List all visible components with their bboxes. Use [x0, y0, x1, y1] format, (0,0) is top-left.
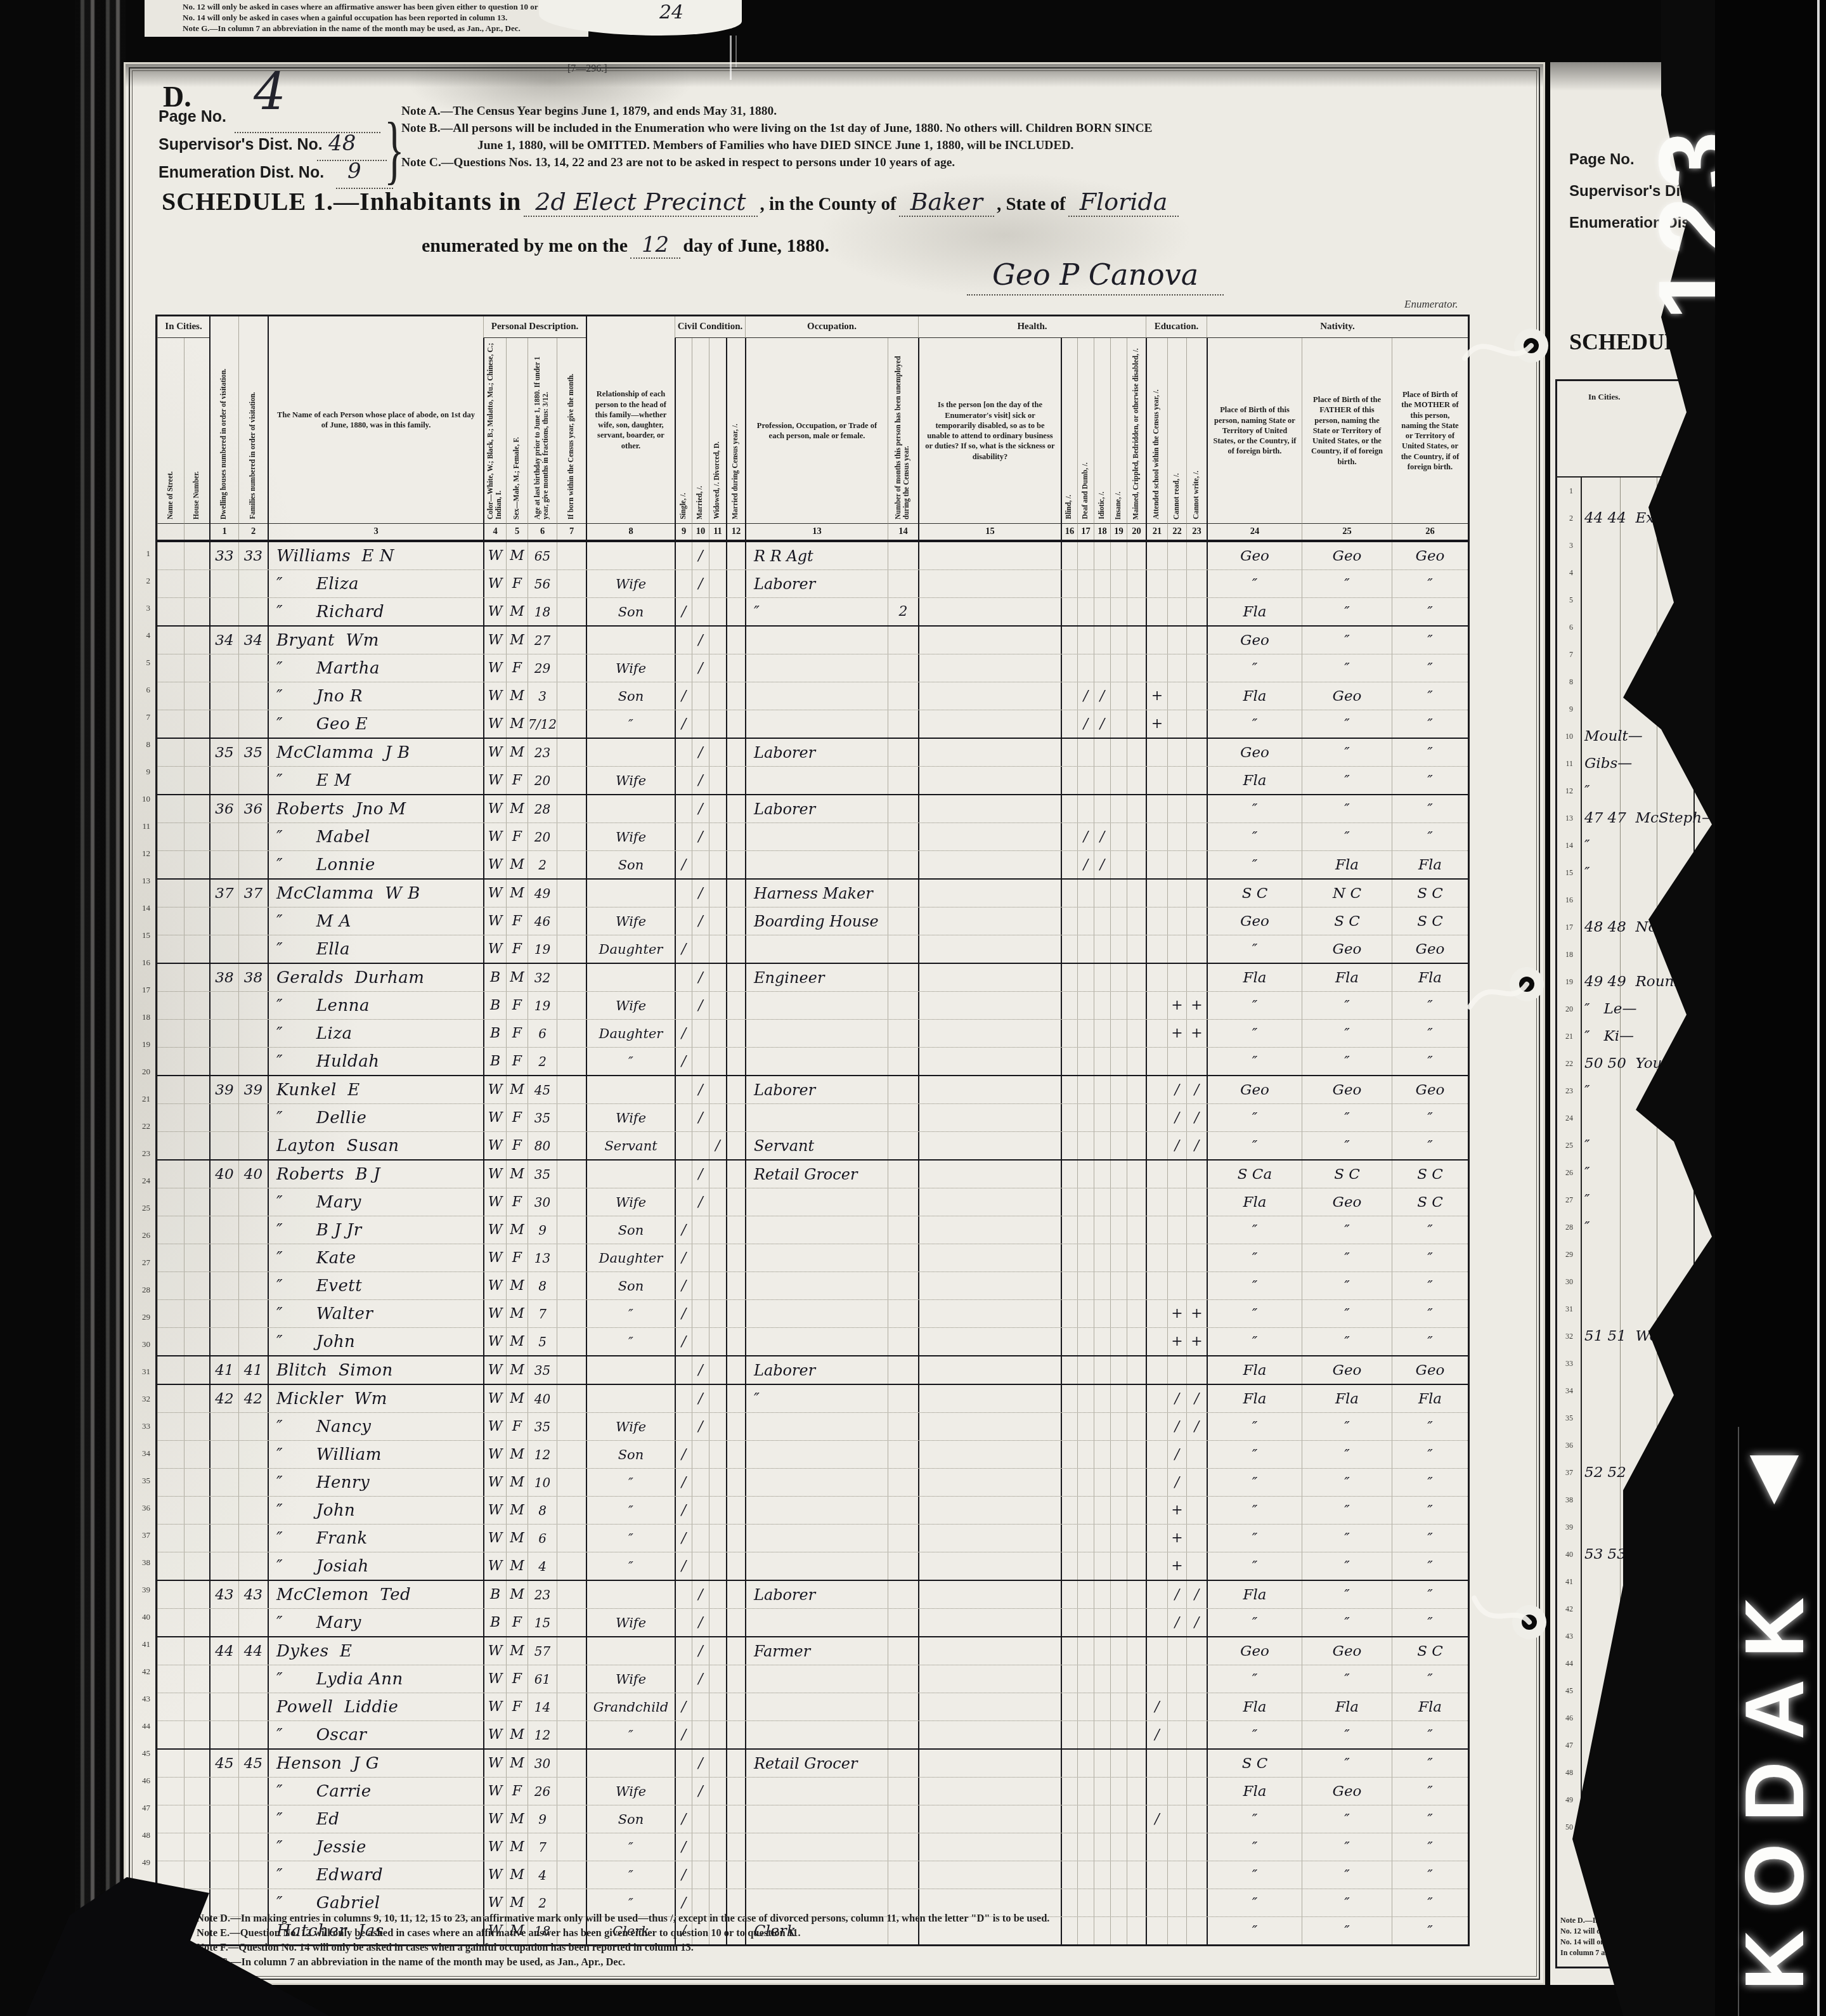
cell-e21: [1146, 654, 1167, 682]
cell-e22: [1167, 851, 1186, 878]
cell-street: [157, 1778, 184, 1805]
cell-h18: [1094, 795, 1110, 823]
cell-occ: R R Agt: [745, 542, 888, 569]
cell-fam: [238, 1665, 268, 1693]
cell-born: [557, 1693, 586, 1720]
cell-natm: ″: [1392, 992, 1468, 1019]
cell-h16: [1061, 1272, 1077, 1299]
cell-mcy: [726, 598, 745, 625]
cell-unemp: [888, 1861, 918, 1889]
column-header-age: Age at last birthday prior to June 1, 18…: [528, 338, 557, 523]
cell-e22: +: [1167, 1020, 1186, 1047]
right-page-entry: ″: [1584, 1187, 1590, 1214]
cell-w: [709, 1525, 726, 1552]
table-row: ″ JohnWM8″/+″″″: [157, 1496, 1468, 1524]
cell-fam: [238, 1272, 268, 1299]
microfilm-scan: No. 12 will only be asked in cases where…: [0, 0, 1826, 2016]
cell-mcy: [726, 1272, 745, 1299]
cell-h20: [1127, 1104, 1146, 1131]
cell-age: 80: [528, 1132, 557, 1159]
cell-h19: [1110, 1356, 1127, 1384]
cell-mcy: [726, 1861, 745, 1889]
cell-h16: [1061, 1861, 1077, 1889]
cell-rel: ″: [586, 1721, 675, 1748]
right-page-entry: Moult—: [1584, 723, 1643, 750]
cell-h18: /: [1094, 710, 1110, 738]
cell-h16: [1061, 1637, 1077, 1665]
column-label: Attended school within the Census year, …: [1152, 386, 1162, 523]
cell-h16: [1061, 964, 1077, 991]
cell-name: ″ John: [268, 1497, 483, 1524]
cell-natf: Geo: [1302, 1778, 1392, 1805]
table-row: ″ EllaWF19Daughter/″GeoGeo: [157, 935, 1468, 963]
cell-sick: [918, 1750, 1061, 1777]
cell-e21: [1146, 598, 1167, 625]
cell-dw: [209, 654, 238, 682]
cell-occ: [745, 1272, 888, 1299]
cell-color: W: [483, 682, 506, 710]
cell-street: [157, 1385, 184, 1412]
cell-fam: 33: [238, 542, 268, 569]
cell-mcy: [726, 1328, 745, 1355]
table-row: ″ JessieWM7″/″″″: [157, 1833, 1468, 1861]
cell-house: [184, 1020, 209, 1047]
cell-nat: ″: [1207, 1272, 1302, 1299]
cell-sick: [918, 1188, 1061, 1216]
cell-e23: [1186, 1216, 1207, 1244]
cell-unemp: [888, 851, 918, 878]
cell-street: [157, 1244, 184, 1271]
cell-w: [709, 1469, 726, 1496]
cell-s: /: [675, 1244, 692, 1271]
cell-h17: [1077, 1385, 1094, 1412]
cell-h19: [1110, 1497, 1127, 1524]
cell-e22: [1167, 1721, 1186, 1748]
cell-house: [184, 992, 209, 1019]
cell-unemp: [888, 907, 918, 935]
cell-sick: [918, 1861, 1061, 1889]
cell-name: ″ Mary: [268, 1188, 483, 1216]
cell-e22: [1167, 598, 1186, 625]
cell-e21: [1146, 964, 1167, 991]
right-footnote: No. 14 will only be asked in case—: [1560, 1937, 1738, 1948]
cell-e22: /: [1167, 1104, 1186, 1131]
cell-dw: [209, 570, 238, 597]
table-row: ″ B J JrWM9Son/″″″: [157, 1216, 1468, 1244]
cell-nat: ″: [1207, 1216, 1302, 1244]
cell-street: [157, 542, 184, 569]
column-number-15: 15: [918, 523, 1061, 540]
cell-sex: F: [506, 1778, 528, 1805]
cell-s: [675, 964, 692, 991]
cell-natm: ″: [1392, 1581, 1468, 1608]
cell-s: [675, 992, 692, 1019]
cell-e23: +: [1186, 1328, 1207, 1355]
supervisor-value: 48: [328, 131, 356, 156]
cell-e22: /: [1167, 1132, 1186, 1159]
cell-born: [557, 710, 586, 738]
state-label: , State of: [997, 194, 1066, 214]
cell-nat: ″: [1207, 935, 1302, 963]
cell-sick: [918, 1272, 1061, 1299]
cell-s: /: [675, 710, 692, 738]
cell-sick: [918, 1385, 1061, 1412]
line-number: 37: [134, 1521, 150, 1549]
cell-house: [184, 682, 209, 710]
column-header-m: Married, /.: [692, 338, 709, 523]
county-label: , in the County of: [760, 194, 897, 214]
cell-h19: [1110, 1525, 1127, 1552]
line-number: 43: [134, 1685, 150, 1712]
cell-nat: Geo: [1207, 739, 1302, 766]
cell-natm: ″: [1392, 1778, 1468, 1805]
line-number: 39: [134, 1576, 150, 1603]
column-group: Education.: [1146, 316, 1207, 338]
cell-nat: Fla: [1207, 682, 1302, 710]
cell-rel: [586, 542, 675, 569]
cell-born: [557, 1161, 586, 1188]
cell-age: 27: [528, 627, 557, 654]
cell-h17: [1077, 1581, 1094, 1608]
cell-occ: Boarding House: [745, 907, 888, 935]
column-label: Place of Birth of the MOTHER of this per…: [1392, 387, 1468, 474]
cell-dw: [209, 907, 238, 935]
cell-house: [184, 1861, 209, 1889]
column-number-5: 5: [506, 523, 528, 540]
cell-h16: [1061, 823, 1077, 850]
cell-born: [557, 1861, 586, 1889]
cell-e21: /: [1146, 1805, 1167, 1833]
cell-e23: [1186, 739, 1207, 766]
cell-nat: ″: [1207, 1441, 1302, 1468]
cell-street: [157, 739, 184, 766]
cell-natf: ″: [1302, 992, 1392, 1019]
cell-fam: [238, 907, 268, 935]
cell-nat: S Ca: [1207, 1161, 1302, 1188]
cell-sick: [918, 627, 1061, 654]
cell-h18: [1094, 1750, 1110, 1777]
column-group: Civil Condition.: [675, 316, 745, 338]
cell-h18: [1094, 1861, 1110, 1889]
cell-age: 19: [528, 935, 557, 963]
cell-dw: [209, 1300, 238, 1327]
right-page-entry: 51 51 Wold—: [1584, 1323, 1687, 1350]
cell-natf: ″: [1302, 1216, 1392, 1244]
cell-nat: ″: [1207, 1413, 1302, 1440]
cell-rel: ″: [586, 1048, 675, 1075]
cell-natf: ″: [1302, 1413, 1392, 1440]
cell-sex: F: [506, 570, 528, 597]
cell-nat: ″: [1207, 795, 1302, 823]
cell-born: [557, 1328, 586, 1355]
cell-m: [692, 682, 709, 710]
column-label: Profession, Occupation, or Trade of each…: [746, 418, 888, 444]
cell-name: ″ Mary: [268, 1609, 483, 1636]
cell-unemp: [888, 1581, 918, 1608]
column-number-10: 10: [692, 523, 709, 540]
column-number-11: 11: [709, 523, 726, 540]
cell-h19: [1110, 1048, 1127, 1075]
enumerator-role-label: Enumerator.: [1404, 298, 1458, 311]
cell-natm: ″: [1392, 1525, 1468, 1552]
cell-house: [184, 627, 209, 654]
book-gutter-edge: [75, 0, 126, 2016]
table-row: 4141Blitch SimonWM35/LaborerFlaGeoGeo: [157, 1355, 1468, 1384]
column-number-3: 3: [268, 523, 483, 540]
cell-nat: S C: [1207, 1750, 1302, 1777]
cell-h19: [1110, 1750, 1127, 1777]
table-row: ″ CarrieWF26Wife/FlaGeo″: [157, 1777, 1468, 1805]
cell-unemp: [888, 1693, 918, 1720]
cell-h18: [1094, 1693, 1110, 1720]
table-row: ″ MaryBF15Wife///″″″: [157, 1608, 1468, 1636]
cell-occ: [745, 1693, 888, 1720]
cell-rel: Wife: [586, 570, 675, 597]
cell-nat: Fla: [1207, 1693, 1302, 1720]
cell-age: 7/12: [528, 710, 557, 738]
cell-h20: [1127, 1693, 1146, 1720]
cell-s: /: [675, 1469, 692, 1496]
cell-e22: +: [1167, 1300, 1186, 1327]
dotted-rule: [235, 132, 380, 133]
cell-e22: [1167, 1161, 1186, 1188]
cell-dw: [209, 1497, 238, 1524]
cell-e23: [1186, 795, 1207, 823]
footnote-d: Note D.—In making entries in columns 9, …: [197, 1911, 1401, 1925]
cell-age: 6: [528, 1020, 557, 1047]
cell-color: W: [483, 1328, 506, 1355]
cell-dw: [209, 1413, 238, 1440]
cell-born: [557, 1721, 586, 1748]
cell-h20: [1127, 1861, 1146, 1889]
cell-m: [692, 1833, 709, 1861]
cell-sick: [918, 1778, 1061, 1805]
cell-h20: [1127, 1778, 1146, 1805]
cell-h19: [1110, 992, 1127, 1019]
cell-e21: [1146, 1581, 1167, 1608]
column-header-h17: Deaf and Dumb, /.: [1077, 338, 1094, 523]
cell-fam: [238, 1552, 268, 1580]
cell-m: /: [692, 570, 709, 597]
cell-natf: ″: [1302, 1525, 1392, 1552]
cell-occ: [745, 1665, 888, 1693]
cell-e22: [1167, 1188, 1186, 1216]
cell-s: /: [675, 1861, 692, 1889]
table-row: ″ LennaBF19Wife/++″″″: [157, 991, 1468, 1019]
cell-h16: [1061, 1216, 1077, 1244]
cell-color: W: [483, 1132, 506, 1159]
cell-nat: ″: [1207, 1525, 1302, 1552]
cell-s: /: [675, 1805, 692, 1833]
cell-age: 9: [528, 1805, 557, 1833]
cell-natf: ″: [1302, 1497, 1392, 1524]
cell-street: [157, 1861, 184, 1889]
cell-e22: [1167, 795, 1186, 823]
cell-sick: [918, 1637, 1061, 1665]
cell-s: /: [675, 1048, 692, 1075]
table-row: ″ Lydia AnnWF61Wife/″″″: [157, 1665, 1468, 1693]
cell-color: W: [483, 1413, 506, 1440]
cell-fam: [238, 1104, 268, 1131]
table-row: 4242Mickler WmWM40/″//FlaFlaFla: [157, 1384, 1468, 1412]
column-header-natf: Place of Birth of the FATHER of this per…: [1302, 338, 1392, 523]
cell-h17: [1077, 1665, 1094, 1693]
cell-nat: Fla: [1207, 1581, 1302, 1608]
cell-occ: [745, 1609, 888, 1636]
cell-natm: ″: [1392, 682, 1468, 710]
cell-s: /: [675, 1721, 692, 1748]
cell-w: [709, 851, 726, 878]
column-header-e21: Attended school within the Census year, …: [1146, 338, 1167, 523]
cell-mcy: [726, 1805, 745, 1833]
cell-street: [157, 1076, 184, 1103]
cell-h19: [1110, 542, 1127, 569]
line-number: 7: [134, 703, 150, 731]
cell-h19: [1110, 1833, 1127, 1861]
cell-h16: [1061, 570, 1077, 597]
cell-natf: ″: [1302, 1552, 1392, 1580]
cell-h19: [1110, 598, 1127, 625]
cell-natm: ″: [1392, 1413, 1468, 1440]
cell-house: [184, 1525, 209, 1552]
column-group: Nativity.: [1207, 316, 1468, 338]
cell-occ: Retail Grocer: [745, 1161, 888, 1188]
cell-e22: [1167, 654, 1186, 682]
cell-fam: 37: [238, 880, 268, 907]
cell-s: [675, 1750, 692, 1777]
column-label: Idiotic, /.: [1098, 488, 1107, 523]
cell-h20: [1127, 682, 1146, 710]
cell-unemp: [888, 1244, 918, 1271]
cell-h20: [1127, 1161, 1146, 1188]
cell-w: [709, 767, 726, 794]
cell-h20: [1127, 570, 1146, 597]
cell-natm: ″: [1392, 1020, 1468, 1047]
cell-born: [557, 1497, 586, 1524]
cell-e23: /: [1186, 1076, 1207, 1103]
cell-sick: [918, 1693, 1061, 1720]
cell-e22: [1167, 1216, 1186, 1244]
cell-color: W: [483, 1469, 506, 1496]
cell-m: /: [692, 823, 709, 850]
cell-m: [692, 1721, 709, 1748]
cell-natm: ″: [1392, 1216, 1468, 1244]
cell-house: [184, 1805, 209, 1833]
right-page-entry: 48 48 Nold—: [1584, 914, 1686, 941]
grid-line: [1581, 478, 1582, 1841]
column-number-2: 2: [238, 523, 268, 540]
line-number: 14: [134, 894, 150, 921]
cell-house: [184, 1497, 209, 1524]
cell-color: W: [483, 1441, 506, 1468]
cell-h18: [1094, 1244, 1110, 1271]
cell-sex: F: [506, 1020, 528, 1047]
column-label: Insane, /.: [1114, 488, 1123, 523]
cell-e23: [1186, 627, 1207, 654]
cell-street: [157, 627, 184, 654]
cell-mcy: [726, 1104, 745, 1131]
cell-natm: ″: [1392, 1609, 1468, 1636]
cell-h20: [1127, 1048, 1146, 1075]
cell-name: Williams E N: [268, 542, 483, 569]
cell-natm: Geo: [1392, 1076, 1468, 1103]
cell-natf: ″: [1302, 1048, 1392, 1075]
cell-e23: [1186, 598, 1207, 625]
cell-s: [675, 739, 692, 766]
cell-h16: [1061, 907, 1077, 935]
cell-house: [184, 710, 209, 738]
cell-rel: Wife: [586, 767, 675, 794]
cell-h17: [1077, 1721, 1094, 1748]
table-row: ″ OscarWM12″//″″″: [157, 1720, 1468, 1748]
cell-fam: [238, 823, 268, 850]
cell-h17: [1077, 739, 1094, 766]
cell-h20: [1127, 907, 1146, 935]
cell-mcy: [726, 1300, 745, 1327]
cell-e21: [1146, 880, 1167, 907]
cell-name: ″ Nancy: [268, 1413, 483, 1440]
cell-unemp: [888, 1805, 918, 1833]
column-number-18: 18: [1094, 523, 1110, 540]
cell-sex: M: [506, 1721, 528, 1748]
cell-e21: [1146, 1778, 1167, 1805]
cell-rel: [586, 627, 675, 654]
line-number: 36: [134, 1494, 150, 1521]
cell-sick: [918, 1525, 1061, 1552]
cell-age: 45: [528, 1076, 557, 1103]
cell-sick: [918, 654, 1061, 682]
cell-h19: [1110, 1552, 1127, 1580]
cell-h17: [1077, 1497, 1094, 1524]
cell-born: [557, 1300, 586, 1327]
cell-fam: [238, 1188, 268, 1216]
cell-name: ″ Walter: [268, 1300, 483, 1327]
enumeration-value: 9: [347, 159, 361, 184]
cell-sex: F: [506, 1132, 528, 1159]
cell-color: W: [483, 1497, 506, 1524]
cell-h19: [1110, 1385, 1127, 1412]
cell-s: /: [675, 1497, 692, 1524]
column-number-9: 9: [675, 523, 692, 540]
cell-age: 29: [528, 654, 557, 682]
cell-h20: [1127, 1552, 1146, 1580]
cell-occ: [745, 1244, 888, 1271]
cell-rel: [586, 1161, 675, 1188]
cell-natf: Fla: [1302, 1385, 1392, 1412]
cell-w: [709, 1497, 726, 1524]
table-row: ″ EdWM9Son//″″″: [157, 1805, 1468, 1833]
cell-e21: [1146, 570, 1167, 597]
cell-dw: [209, 682, 238, 710]
cell-name: ″ Frank: [268, 1525, 483, 1552]
cell-h16: [1061, 627, 1077, 654]
cell-w: [709, 1048, 726, 1075]
cell-unemp: [888, 682, 918, 710]
cell-h20: [1127, 1300, 1146, 1327]
cell-rel: Wife: [586, 1665, 675, 1693]
cell-e23: [1186, 1805, 1207, 1833]
cell-sex: F: [506, 1413, 528, 1440]
cell-h18: [1094, 935, 1110, 963]
line-number: 46: [134, 1767, 150, 1794]
cell-house: [184, 1581, 209, 1608]
cell-mcy: [726, 1020, 745, 1047]
cell-mcy: [726, 907, 745, 935]
cell-s: [675, 1356, 692, 1384]
cell-color: W: [483, 1385, 506, 1412]
line-number: 8: [134, 731, 150, 758]
cell-street: [157, 935, 184, 963]
